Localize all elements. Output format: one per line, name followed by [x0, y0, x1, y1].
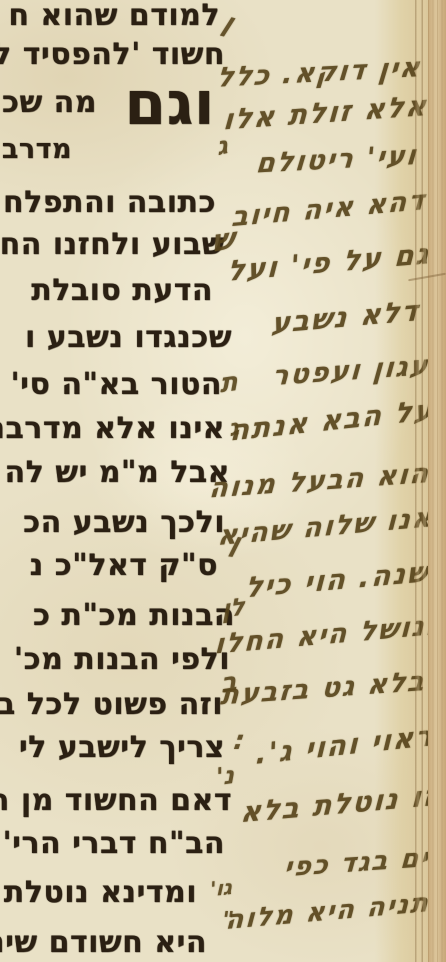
hand-mark: ש	[212, 224, 234, 257]
hand-mark: ן	[219, 10, 238, 37]
hand-mark: נ'	[216, 763, 234, 790]
hand-mark: לן	[222, 594, 245, 621]
handwritten-edge-marks: ןגשתגןלןב:נ'גו'"	[0, 0, 446, 962]
page-fold-crease	[413, 0, 428, 962]
hand-mark: ג	[216, 133, 228, 159]
hand-mark: :	[232, 728, 246, 754]
hand-mark: ן	[227, 530, 243, 556]
hand-mark: ג	[228, 417, 240, 441]
manuscript-page: למודם שהוא חחשוד 'להפסיד לוגםמה שכמדרבנן…	[0, 0, 446, 962]
hand-mark: ת	[220, 369, 238, 398]
hand-mark: "	[220, 910, 235, 932]
hand-mark: ב	[221, 669, 238, 698]
hand-mark: גו'	[210, 877, 233, 899]
page-edge-strip	[428, 0, 446, 962]
